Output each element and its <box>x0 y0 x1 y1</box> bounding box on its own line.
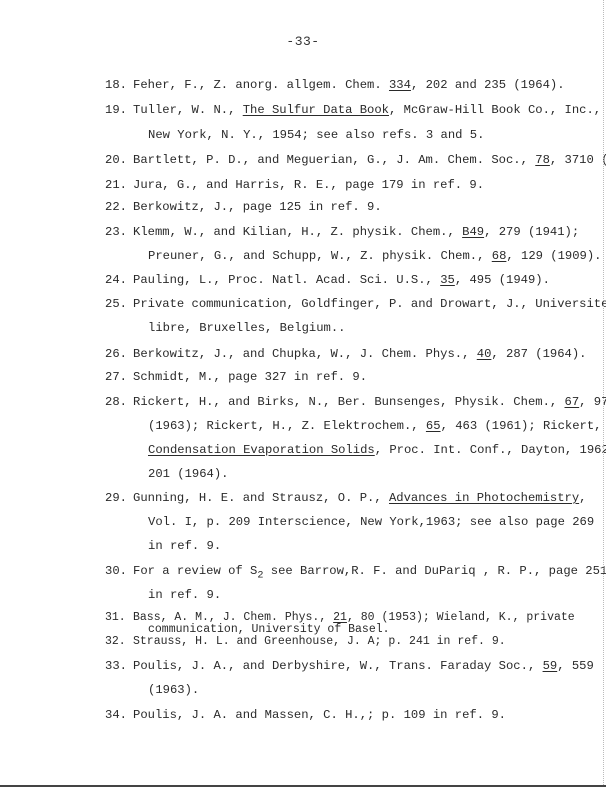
reference-number: 33. <box>105 659 127 673</box>
reference-number: 32. <box>105 635 126 648</box>
reference-number: 24. <box>105 273 127 287</box>
reference-number: 34. <box>105 708 127 722</box>
reference-number: 22. <box>105 200 127 214</box>
reference-text: Poulis, J. A. and Massen, C. H.,; p. 109… <box>133 708 506 722</box>
page-number: -33- <box>0 34 606 49</box>
reference-number: 31. <box>105 611 126 624</box>
reference-text: in ref. 9. <box>148 588 221 602</box>
reference-text: New York, N. Y., 1954; see also refs. 3 … <box>148 128 484 142</box>
reference-text: (1963). <box>148 683 199 697</box>
reference-text: in ref. 9. <box>148 539 221 553</box>
reference-text: libre, Bruxelles, Belgium.. <box>148 321 345 335</box>
reference-number: 30. <box>105 564 127 578</box>
reference-text: Feher, F., Z. anorg. allgem. Chem. 334, … <box>133 78 565 92</box>
page-edge <box>602 0 604 787</box>
reference-number: 27. <box>105 370 127 384</box>
reference-number: 23. <box>105 225 127 239</box>
reference-text: Jura, G., and Harris, R. E., page 179 in… <box>133 178 484 192</box>
reference-number: 18. <box>105 78 127 92</box>
reference-text: Pauling, L., Proc. Natl. Acad. Sci. U.S.… <box>133 273 550 287</box>
reference-text: For a review of S2 see Barrow,R. F. and … <box>133 564 606 581</box>
reference-number: 28. <box>105 395 127 409</box>
reference-text: (1963); Rickert, H., Z. Elektrochem., 65… <box>148 419 606 433</box>
reference-text: Klemm, W., and Kilian, H., Z. physik. Ch… <box>133 225 579 239</box>
reference-text: Vol. I, p. 209 Interscience, New York,19… <box>148 515 594 529</box>
reference-number: 26. <box>105 347 127 361</box>
reference-number: 20. <box>105 153 127 167</box>
reference-text: Strauss, H. L. and Greenhouse, J. A; p. … <box>133 635 506 648</box>
reference-text: Berkowitz, J., and Chupka, W., J. Chem. … <box>133 347 586 361</box>
reference-text: Rickert, H., and Birks, N., Ber. Bunseng… <box>133 395 606 409</box>
reference-text: Poulis, J. A., and Derbyshire, W., Trans… <box>133 659 594 673</box>
reference-number: 21. <box>105 178 127 192</box>
reference-number: 25. <box>105 297 127 311</box>
reference-text: Schmidt, M., page 327 in ref. 9. <box>133 370 367 384</box>
reference-text: Gunning, H. E. and Strausz, O. P., Advan… <box>133 491 586 505</box>
reference-text: Bartlett, P. D., and Meguerian, G., J. A… <box>133 153 606 167</box>
reference-text: Preuner, G., and Schupp, W., Z. physik. … <box>148 249 601 263</box>
reference-text: Private communication, Goldfinger, P. an… <box>133 297 606 311</box>
reference-text: Tuller, W. N., The Sulfur Data Book, McG… <box>133 103 601 117</box>
reference-number: 19. <box>105 103 127 117</box>
reference-text: 201 (1964). <box>148 467 228 481</box>
reference-text: Berkowitz, J., page 125 in ref. 9. <box>133 200 382 214</box>
reference-text: Condensation Evaporation Solids, Proc. I… <box>148 443 606 457</box>
reference-number: 29. <box>105 491 127 505</box>
